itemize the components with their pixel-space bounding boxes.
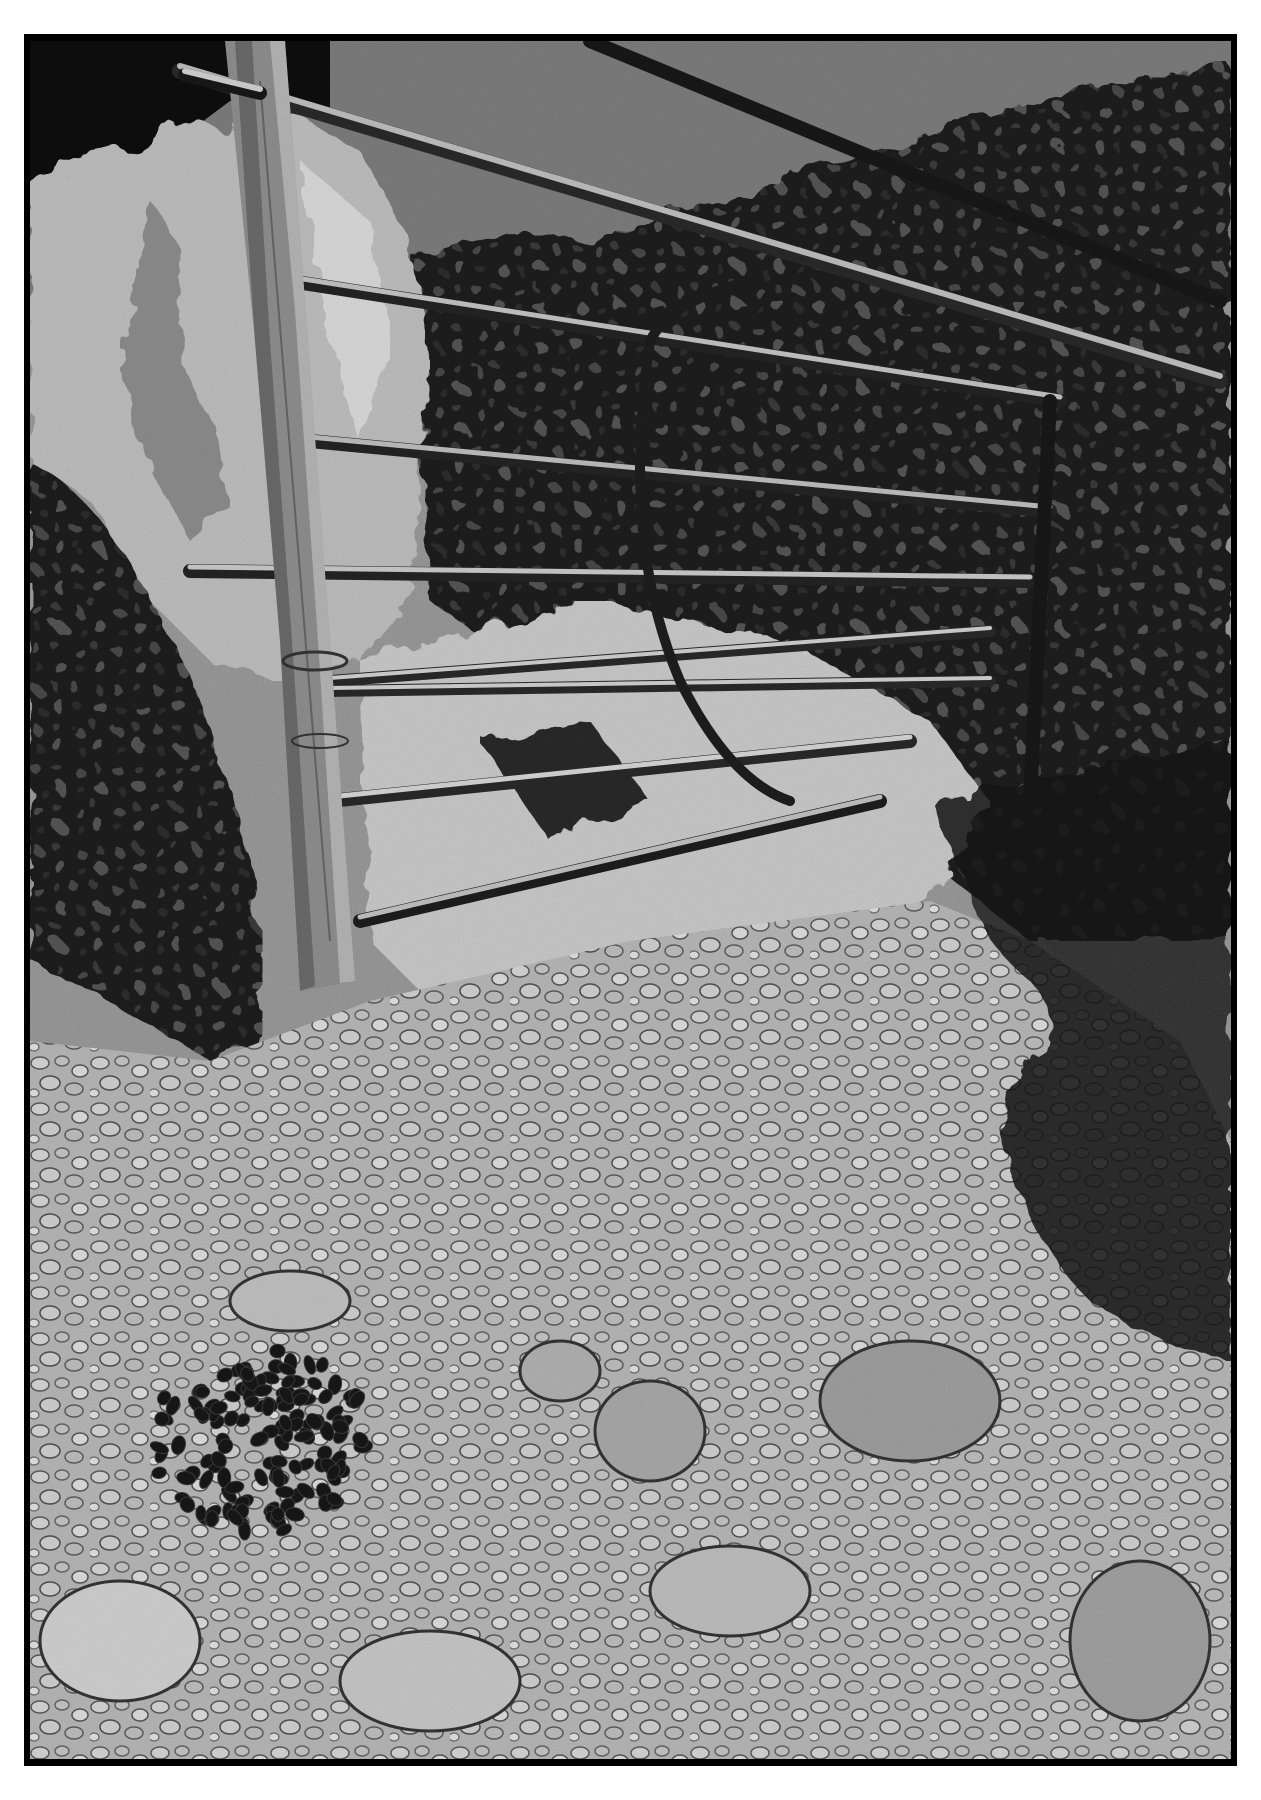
gate-scene	[30, 41, 1231, 1759]
photograph	[30, 41, 1231, 1759]
